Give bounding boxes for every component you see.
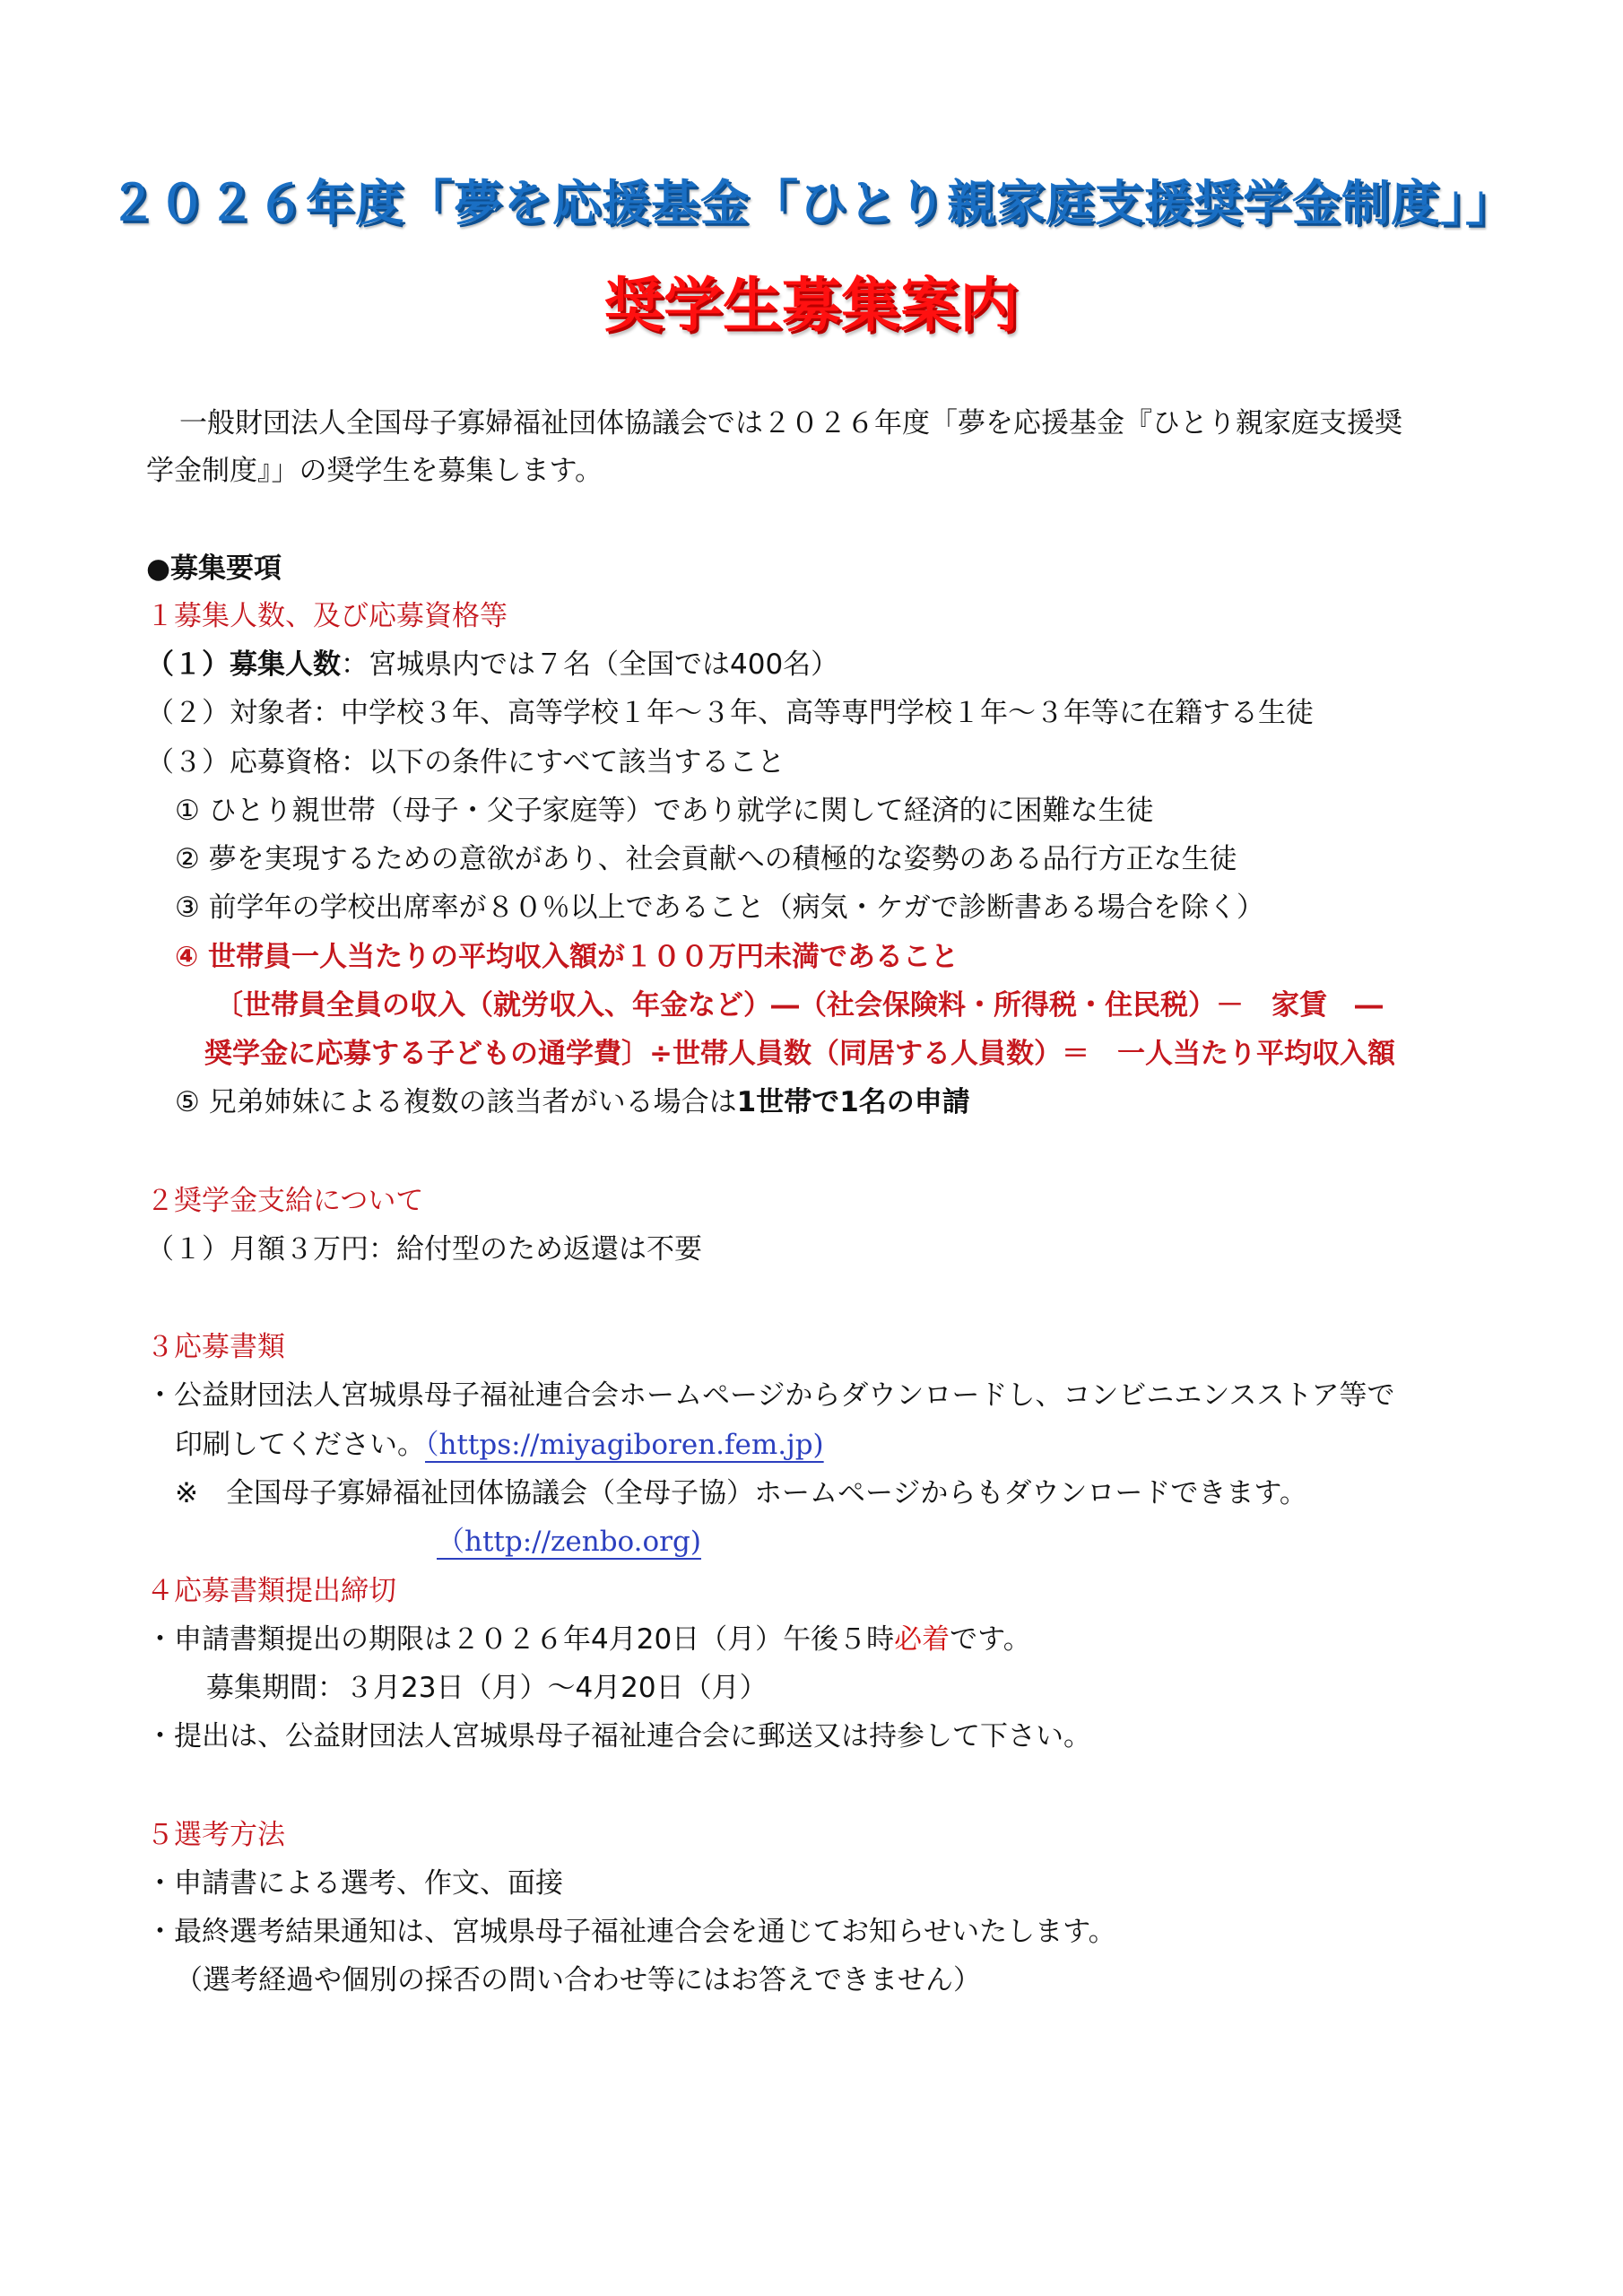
section5-heading: ５選考方法 — [146, 1815, 285, 1855]
condition-3: ③ 前学年の学校出席率が８０％以上であること（病気・ケガで診断書ある場合を除く） — [175, 888, 1264, 927]
section4-heading: ４応募書類提出締切 — [146, 1571, 396, 1611]
section5-bullet2: ・最終選考結果通知は、宮城県母子福祉連合会を通じてお知らせいたします。 — [146, 1912, 1116, 1952]
section4-bullet1: ・申請書類提出の期限は２０２６年4月20日（月）午後５時必着です。 — [146, 1620, 1031, 1659]
condition-1: ① ひとり親世帯（母子・父子家庭等）であり就学に関して経済的に困難な生徒 — [175, 791, 1154, 831]
document-page: ２０２６年度「夢を応援基金「ひとり親家庭支援奨学金制度」」 奨学生募集案内 一般… — [0, 0, 1623, 2296]
section3-bullet1-line1: ・公益財団法人宮城県母子福祉連合会ホームページからダウンロードし、コンビニエンス… — [146, 1376, 1395, 1415]
section3-note: ※ 全国母子寡婦福祉団体協議会（全母子協）ホームページからもダウンロードできます… — [175, 1474, 1307, 1513]
condition-4: ④ 世帯員一人当たりの平均収入額が１００万円未満であること — [175, 937, 959, 977]
intro-line-2: 学金制度』」の奨学生を募集します。 — [146, 451, 603, 491]
condition-2: ② 夢を実現するための意欲があり、社会貢献への積極的な姿勢のある品行方正な生徒 — [175, 839, 1237, 879]
section1-heading: １募集人数、及び応募資格等 — [146, 596, 508, 636]
deadline-prefix: ・申請書類提出の期限は — [146, 1623, 452, 1656]
section1-item1-label: （１）募集人数 — [146, 648, 341, 681]
section1-item3: （３）応募資格：以下の条件にすべて該当すること — [146, 743, 785, 782]
requirements-heading: ●募集要項 — [146, 549, 282, 588]
zenbo-link[interactable]: （http://zenbo.org) — [437, 1522, 701, 1561]
condition-5-text: ⑤ 兄弟姉妹による複数の該当者がいる場合は — [175, 1086, 737, 1118]
section1-item1-text: ：宮城県内では７名（全国では400名） — [341, 648, 838, 681]
section2-heading: ２奨学金支給について — [146, 1181, 423, 1221]
condition-5-emphasis: 1世帯で1名の申請 — [737, 1086, 970, 1118]
section1-item1: （１）募集人数：宮城県内では７名（全国では400名） — [146, 645, 838, 684]
deadline-suffix: です。 — [950, 1623, 1031, 1656]
section1-item2: （２）対象者：中学校３年、高等学校１年～３年、高等専門学校１年～３年等に在籍する… — [146, 693, 1314, 733]
income-formula-line-1: 〔世帯員全員の収入（就労収入、年金など）―（社会保険料・所得税・住民税）－ 家賃… — [215, 986, 1383, 1025]
section3-heading: ３応募書類 — [146, 1327, 285, 1367]
section5-note: （選考経過や個別の採否の問い合わせ等にはお答えできません） — [175, 1961, 981, 2000]
miyagiboren-link[interactable]: （https://miyagiboren.fem.jp) — [425, 1429, 824, 1461]
intro-line-1: 一般財団法人全国母子寡婦福祉団体協議会では２０２６年度「夢を応援基金『ひとり親家… — [179, 404, 1402, 443]
section2-item1: （１）月額３万円：給付型のため返還は不要 — [146, 1230, 702, 1269]
document-subtitle: 奨学生募集案内 — [0, 267, 1623, 344]
document-title: ２０２６年度「夢を応援基金「ひとり親家庭支援奨学金制度」」 — [0, 172, 1623, 235]
condition-5: ⑤ 兄弟姉妹による複数の該当者がいる場合は1世帯で1名の申請 — [175, 1083, 970, 1122]
income-formula-line-2: 奨学金に応募する子どもの通学費〕÷世帯人員数（同居する人員数）＝ 一人当たり平均… — [204, 1034, 1395, 1074]
section3-bullet1-text: 印刷してください。 — [175, 1429, 425, 1461]
deadline-emphasis: 必着 — [894, 1623, 950, 1656]
section5-bullet1: ・申請書による選考、作文、面接 — [146, 1864, 563, 1903]
recruitment-period: 募集期間：３月23日（月）～4月20日（月） — [206, 1668, 768, 1708]
deadline-date: ２０２６年4月20日（月）午後５時 — [452, 1623, 894, 1656]
section3-bullet1-line2: 印刷してください。（https://miyagiboren.fem.jp) — [175, 1425, 824, 1465]
section4-bullet2: ・提出は、公益財団法人宮城県母子福祉連合会に郵送又は持参して下さい。 — [146, 1717, 1091, 1756]
